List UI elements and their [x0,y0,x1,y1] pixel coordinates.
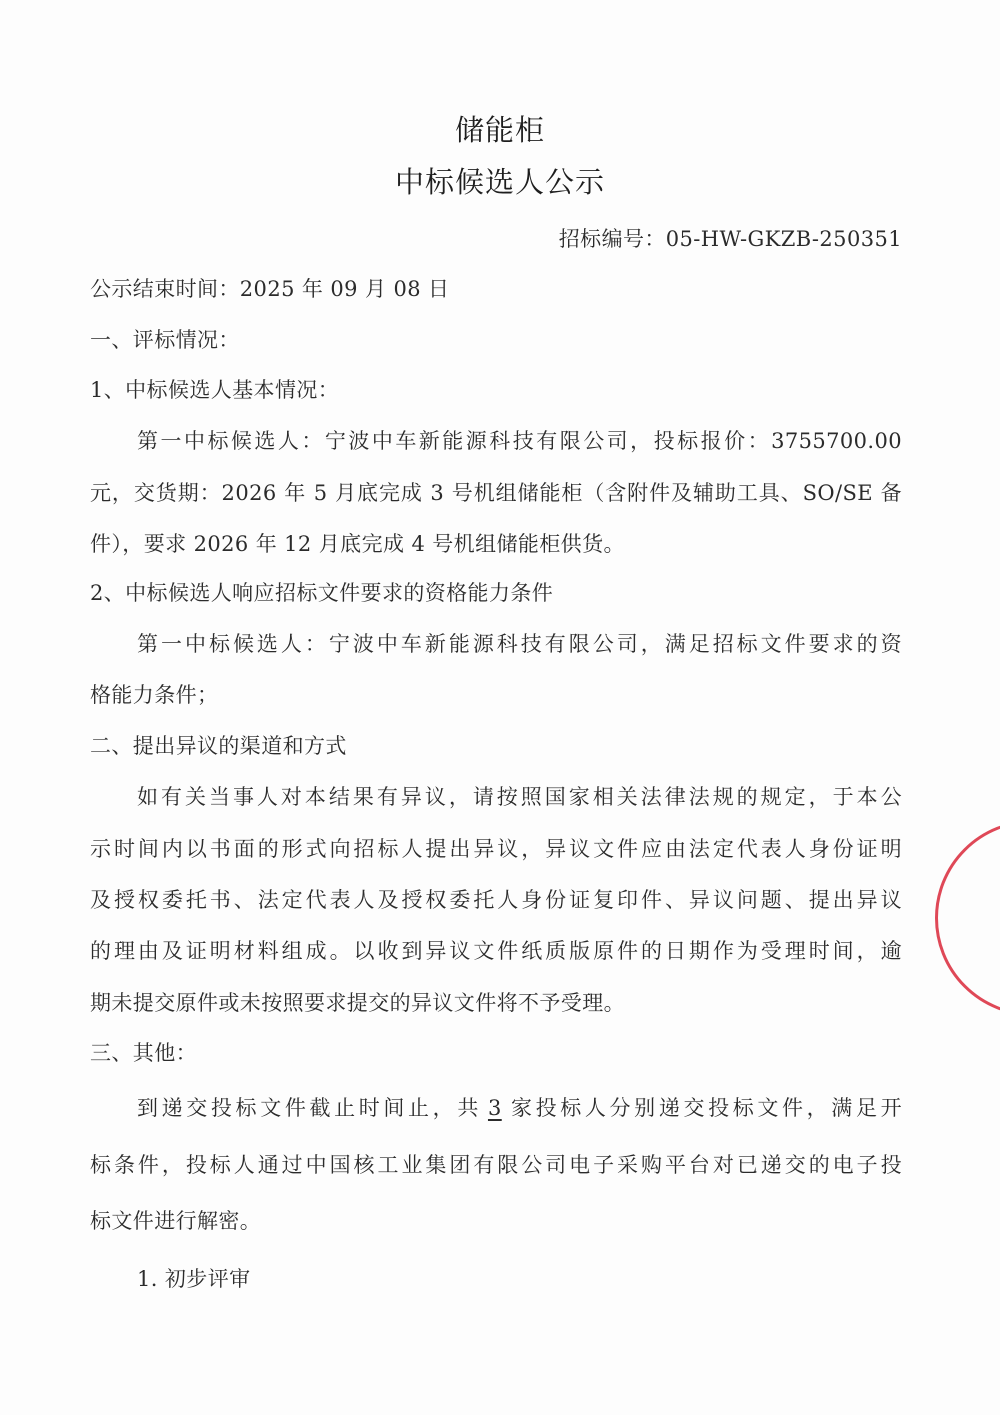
objection-line: 期未提交原件或未按照要求提交的异议文件将不予受理。 [90,988,902,1018]
document-subtitle: 中标候选人公示 [0,160,1000,201]
bid-number: 招标编号：05-HW-GKZB-250351 [90,224,902,254]
preliminary-review-heading: 1. 初步评审 [137,1264,949,1294]
objection-line: 及授权委托书、法定代表人及授权委托人身份证复印件、异议问题、提出异议 [90,885,902,915]
qualification-line: 第一中标候选人：宁波中车新能源科技有限公司，满足招标文件要求的资 [137,629,902,659]
other-line-suffix: 家投标人分别递交投标文件，满足开 [508,1096,902,1120]
document-page: 储能柜 中标候选人公示 招标编号：05-HW-GKZB-250351 公示结束时… [0,0,1000,1415]
other-line: 到递交投标文件截止时间止，共3家投标人分别递交投标文件，满足开 [137,1093,902,1123]
official-seal [935,820,1000,1016]
section3-heading: 三、其他： [90,1038,902,1068]
notice-end-time: 公示结束时间：2025 年 09 月 08 日 [90,274,902,304]
section1-sub1-heading: 1、中标候选人基本情况： [90,375,902,405]
bidder-count: 3 [482,1096,508,1120]
objection-line: 示时间内以书面的形式向招标人提出异议，异议文件应由法定代表人身份证明 [90,834,902,864]
document-title: 储能柜 [0,108,1000,149]
candidate-info-line: 第一中标候选人：宁波中车新能源科技有限公司，投标报价：3755700.00 [137,426,902,456]
candidate-info-line: 元，交货期：2026 年 5 月底完成 3 号机组储能柜（含附件及辅助工具、SO… [90,478,902,508]
section2-heading: 二、提出异议的渠道和方式 [90,731,902,761]
section1-sub2-heading: 2、中标候选人响应招标文件要求的资格能力条件 [90,578,902,608]
candidate-info-line: 件），要求 2026 年 12 月底完成 4 号机组储能柜供货。 [90,529,902,559]
section1-heading: 一、评标情况： [90,325,902,355]
other-line: 标文件进行解密。 [90,1206,902,1236]
qualification-line: 格能力条件； [90,680,902,710]
objection-line: 如有关当事人对本结果有异议，请按照国家相关法律法规的规定，于本公 [137,782,902,812]
objection-line: 的理由及证明材料组成。以收到异议文件纸质版原件的日期作为受理时间，逾 [90,936,902,966]
other-line: 标条件，投标人通过中国核工业集团有限公司电子采购平台对已递交的电子投 [90,1150,902,1180]
other-line-prefix: 到递交投标文件截止时间止，共 [137,1096,482,1120]
